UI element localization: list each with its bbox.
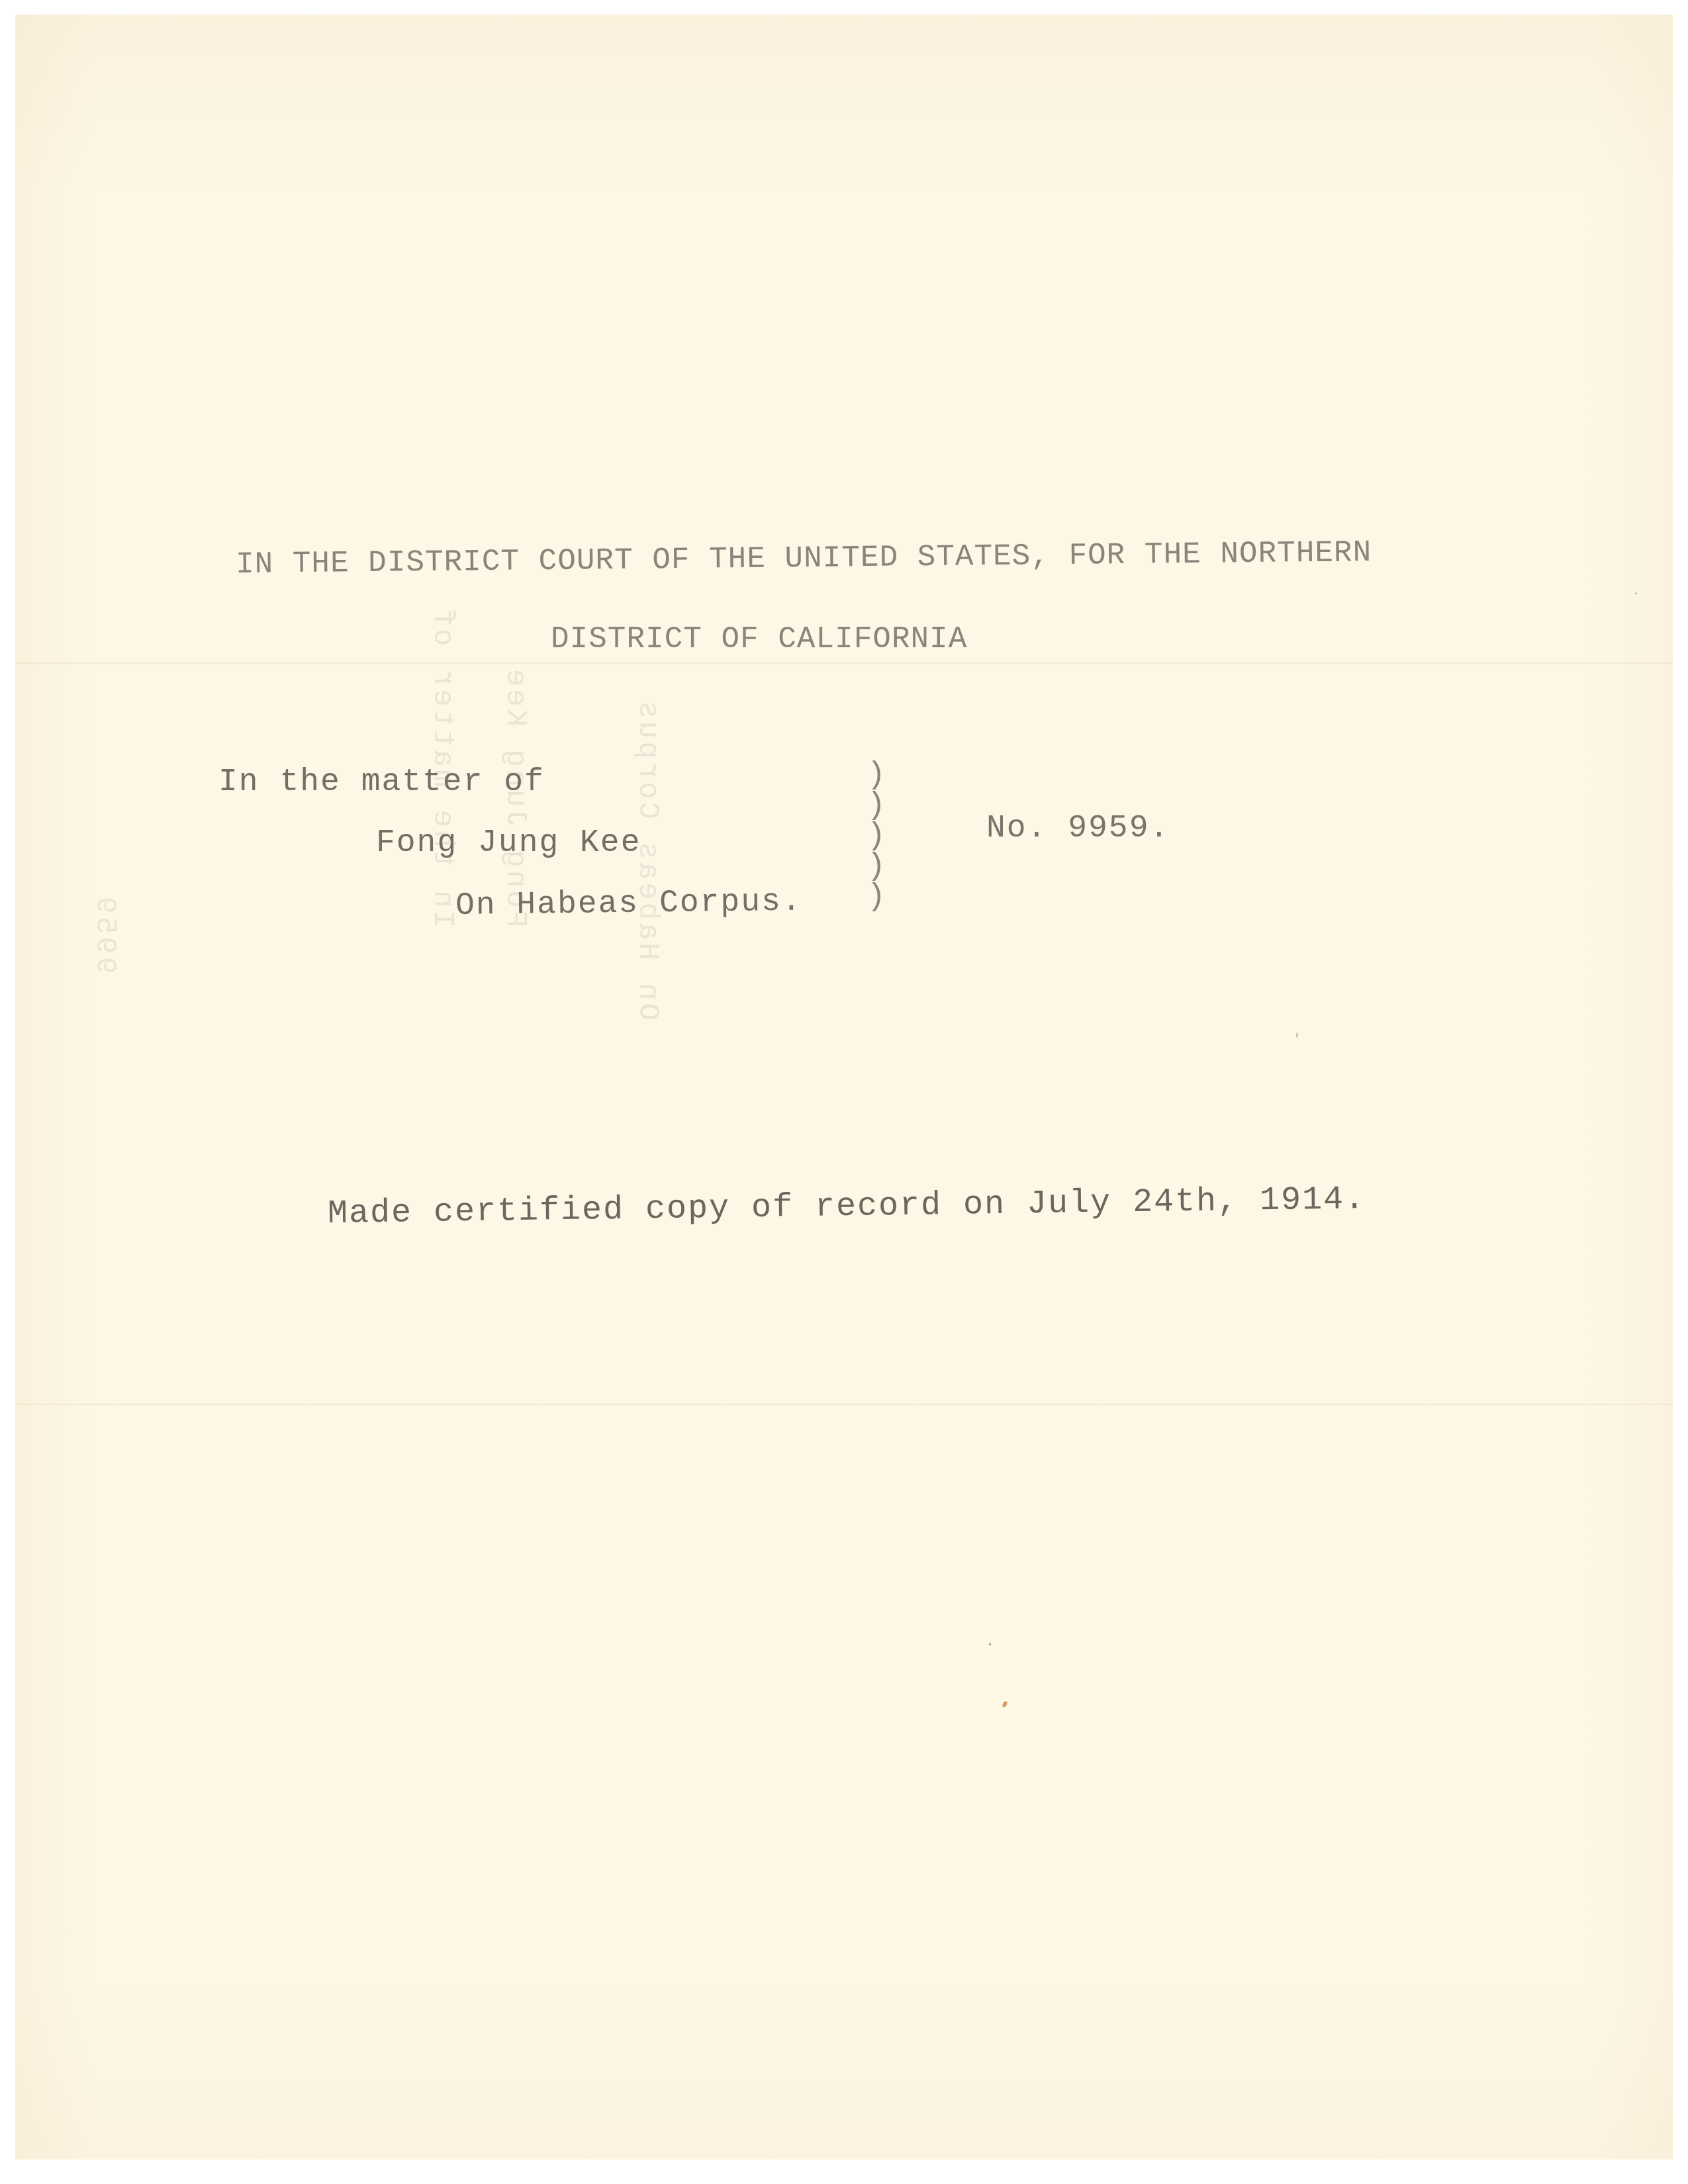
- caption-bracket: ) ) ) ) ): [867, 760, 886, 912]
- document-page: 9959 In the matter of Fong Jung Kee On H…: [15, 15, 1673, 2160]
- caption-party-name: Fong Jung Kee: [376, 827, 641, 859]
- bracket-glyph: ): [867, 790, 886, 821]
- caption-proceeding-type: On Habeas Corpus.: [455, 886, 802, 922]
- bracket-glyph: ): [867, 851, 886, 882]
- bracket-glyph: ): [867, 882, 886, 912]
- paper-fold-line: [15, 1403, 1673, 1406]
- paper-speck: [989, 1643, 991, 1645]
- case-number: No. 9959.: [986, 813, 1170, 844]
- bracket-glyph: ): [867, 821, 886, 851]
- caption-matter-of: In the matter of: [218, 766, 545, 798]
- court-heading-line-2: DISTRICT OF CALIFORNIA: [551, 624, 967, 655]
- paper-speck: [1635, 592, 1637, 594]
- paper-fold-line: [15, 662, 1673, 664]
- bracket-glyph: ): [867, 760, 886, 790]
- paper-speck: [1296, 1032, 1298, 1038]
- bleed-through-text: 9959: [88, 893, 121, 974]
